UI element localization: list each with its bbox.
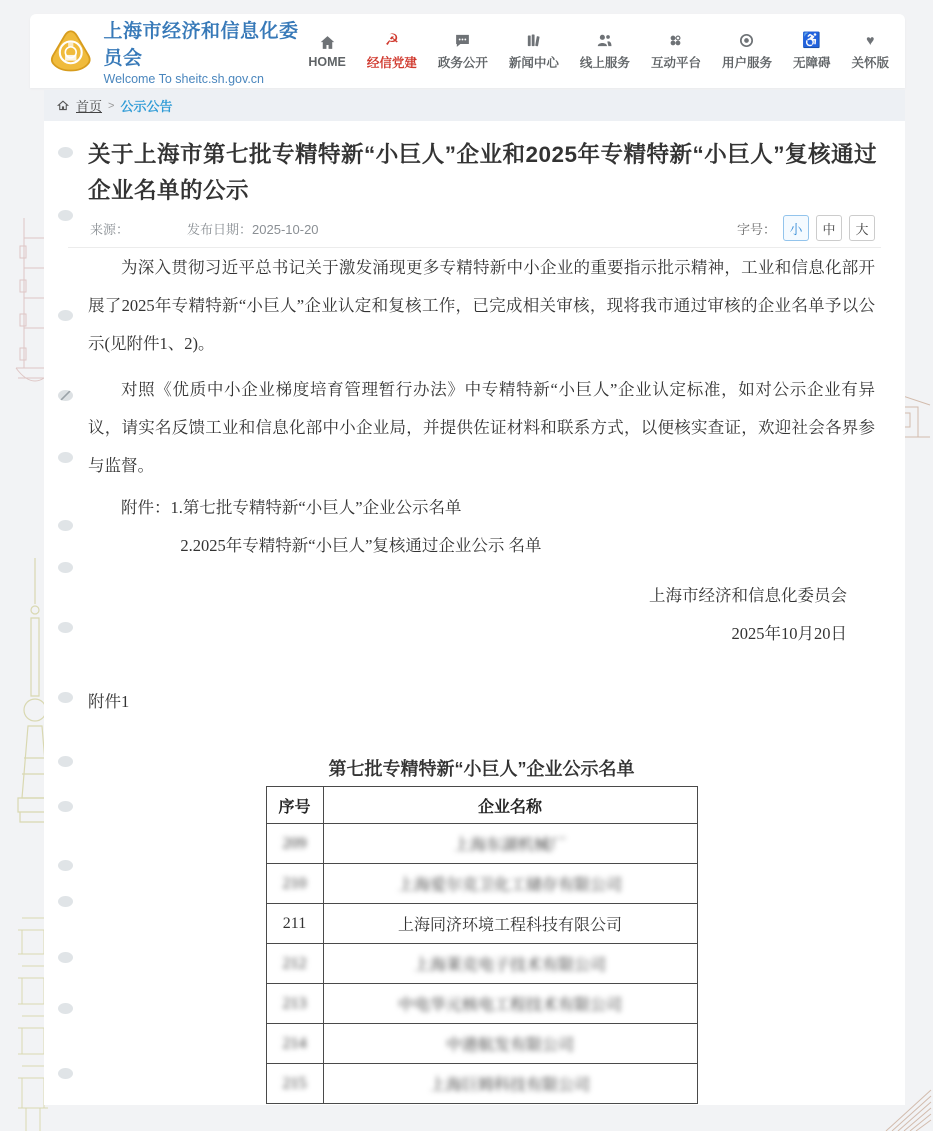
cell-no: 211 <box>266 904 323 944</box>
cell-no: 209 <box>266 824 323 864</box>
home-icon <box>319 34 336 51</box>
roster-table-title: 第七批专精特新“小巨人”企业公示名单 <box>88 757 875 782</box>
article-meta: 来源： 发布日期：2025-10-20 字号： 小中大 <box>90 215 875 241</box>
source-label: 来源： <box>90 219 129 238</box>
decorative-dot <box>58 1003 73 1014</box>
attachments-label: 附件： <box>121 498 171 517</box>
table-row: 209上海东湖机械厂 <box>266 824 697 864</box>
decorative-dot <box>58 622 73 633</box>
article-card: 关于上海市第七批专精特新“小巨人”企业和2025年专精特新“小巨人”复核通过企业… <box>44 121 905 1105</box>
nav-label: HOME <box>308 55 346 69</box>
page: 上海市经济和信息化委员会 Welcome To sheitc.sh.gov.cn… <box>0 0 933 1131</box>
user-service-icon <box>738 32 755 49</box>
meta-divider <box>68 247 881 248</box>
nav-label: 用户服务 <box>722 53 772 71</box>
table-row: 212上海莱克电子技术有限公司 <box>266 944 697 984</box>
nav-label: 政务公开 <box>438 53 488 71</box>
party-icon: ☭ <box>385 32 399 49</box>
decorative-dot <box>58 210 73 221</box>
accessibility-icon: ♿ <box>802 32 821 49</box>
appendix-label: 附件1 <box>88 683 875 721</box>
site-header: 上海市经济和信息化委员会 Welcome To sheitc.sh.gov.cn… <box>30 14 905 88</box>
nav-item-accessibility[interactable]: ♿无障碍 <box>793 32 831 71</box>
cell-no: 210 <box>266 864 323 904</box>
signature-block: 上海市经济和信息化委员会 2025年10月20日 <box>88 577 875 653</box>
nav-item-care[interactable]: ♥关怀版 <box>851 32 889 71</box>
nav-item-online-service[interactable]: 线上服务 <box>580 32 630 71</box>
publish-date: 发布日期：2025-10-20 <box>187 219 319 238</box>
fontsize-group: 字号： 小中大 <box>737 215 875 241</box>
site-title: 上海市经济和信息化委员会 <box>104 16 309 70</box>
nav-item-interactive[interactable]: 互动平台 <box>651 32 701 71</box>
article-title: 关于上海市第七批专精特新“小巨人”企业和2025年专精特新“小巨人”复核通过企业… <box>88 137 893 209</box>
news-icon <box>525 32 542 49</box>
table-row: 211上海同济环境工程科技有限公司 <box>266 904 697 944</box>
site-logo-icon <box>48 25 94 77</box>
brand[interactable]: 上海市经济和信息化委员会 Welcome To sheitc.sh.gov.cn <box>30 16 308 86</box>
paragraph-2: 对照《优质中小企业梯度培育管理暂行办法》中专精特新“小巨人”企业认定标准，如对公… <box>88 371 875 485</box>
attachments-block: 附件：1.第七批专精特新“小巨人”企业公示名单 2.2025年专精特新“小巨人”… <box>88 489 875 565</box>
nav-label: 新闻中心 <box>509 53 559 71</box>
nav-item-user-service[interactable]: 用户服务 <box>722 32 772 71</box>
cell-company-name: 上海东湖机械厂 <box>323 824 697 864</box>
decorative-dot <box>58 896 73 907</box>
decorative-dot <box>58 1068 73 1079</box>
nav-item-party[interactable]: ☭经信党建 <box>367 32 417 71</box>
interactive-icon <box>667 32 684 49</box>
decorative-dot <box>58 520 73 531</box>
fontsize-button-小[interactable]: 小 <box>783 215 809 241</box>
cell-no: 215 <box>266 1064 323 1104</box>
col-header-no: 序号 <box>266 787 323 824</box>
cell-no: 214 <box>266 1024 323 1064</box>
table-header-row: 序号 企业名称 <box>266 787 697 824</box>
fontsize-button-中[interactable]: 中 <box>816 215 842 241</box>
cell-company-name: 上海莱克电子技术有限公司 <box>323 944 697 984</box>
paragraph-1: 为深入贯彻习近平总书记关于激发涌现更多专精特新中小企业的重要指示批示精神，工业和… <box>88 249 875 363</box>
cell-no: 213 <box>266 984 323 1024</box>
decorative-dot <box>58 390 73 401</box>
breadcrumb-home-link[interactable]: 首页 <box>76 96 102 115</box>
online-service-icon <box>596 32 613 49</box>
signature-date: 2025年10月20日 <box>88 615 847 653</box>
nav-item-chat[interactable]: 政务公开 <box>438 32 488 71</box>
cell-company-name: 中港航发有限公司 <box>323 1024 697 1064</box>
decorative-dot <box>58 860 73 871</box>
cell-no: 212 <box>266 944 323 984</box>
decorative-dot <box>58 692 73 703</box>
nav-item-home[interactable]: HOME <box>308 34 346 69</box>
nav-label: 无障碍 <box>793 53 831 71</box>
nav-item-news[interactable]: 新闻中心 <box>509 32 559 71</box>
attachment-2: 2.2025年专精特新“小巨人”复核通过企业公示 名单 <box>88 527 875 565</box>
decorative-dot <box>58 310 73 321</box>
attachment-1: 附件：1.第七批专精特新“小巨人”企业公示名单 <box>88 489 875 527</box>
fontsize-label: 字号： <box>737 219 776 238</box>
chat-icon <box>454 32 471 49</box>
nav-label: 线上服务 <box>580 53 630 71</box>
cell-company-name: 上海爱尔克卫化工储存有限公司 <box>323 864 697 904</box>
cell-company-name: 上海巨姆科技有限公司 <box>323 1064 697 1104</box>
care-icon: ♥ <box>866 32 874 49</box>
breadcrumb: 首页 > 公示公告 <box>44 90 905 121</box>
breadcrumb-home-icon <box>56 99 70 112</box>
decorative-dot <box>58 756 73 767</box>
decorative-dot <box>58 562 73 573</box>
nav-label: 关怀版 <box>851 53 889 71</box>
decorative-dot <box>58 952 73 963</box>
breadcrumb-current[interactable]: 公示公告 <box>120 96 172 115</box>
table-row: 210上海爱尔克卫化工储存有限公司 <box>266 864 697 904</box>
table-row: 213中电华元核电工程技术有限公司 <box>266 984 697 1024</box>
nav-label: 互动平台 <box>651 53 701 71</box>
breadcrumb-separator: > <box>108 100 114 112</box>
signature-org: 上海市经济和信息化委员会 <box>88 577 847 615</box>
col-header-name: 企业名称 <box>323 787 697 824</box>
table-row: 215上海巨姆科技有限公司 <box>266 1064 697 1104</box>
table-row: 214中港航发有限公司 <box>266 1024 697 1064</box>
main-nav: HOME☭经信党建政务公开新闻中心线上服务互动平台用户服务♿无障碍♥关怀版 <box>308 32 905 71</box>
cell-company-name: 上海同济环境工程科技有限公司 <box>323 904 697 944</box>
cell-company-name: 中电华元核电工程技术有限公司 <box>323 984 697 1024</box>
fontsize-button-大[interactable]: 大 <box>849 215 875 241</box>
nav-label: 经信党建 <box>367 53 417 71</box>
attachment-link-2[interactable]: 2.2025年专精特新“小巨人”复核通过企业公示 名单 <box>180 536 541 555</box>
attachment-link-1[interactable]: 1.第七批专精特新“小巨人”企业公示名单 <box>171 498 462 517</box>
decorative-dot <box>58 147 73 158</box>
roster-table: 序号 企业名称 209上海东湖机械厂210上海爱尔克卫化工储存有限公司211上海… <box>266 786 698 1104</box>
site-subtitle: Welcome To sheitc.sh.gov.cn <box>104 72 309 86</box>
decorative-dot <box>58 801 73 812</box>
article-body: 为深入贯彻习近平总书记关于激发涌现更多专精特新中小企业的重要指示批示精神，工业和… <box>88 249 875 1104</box>
decorative-dot <box>58 452 73 463</box>
